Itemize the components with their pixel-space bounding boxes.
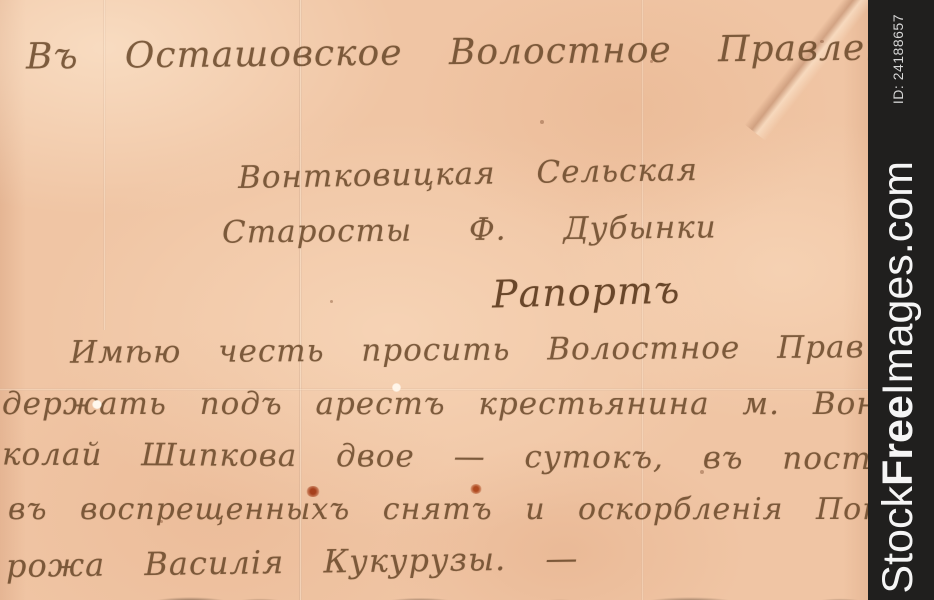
ink-stain <box>470 484 482 494</box>
paper-hole <box>392 383 401 392</box>
stock-photo-old-letter: Въ Осташовское Волостное Правлен Вонтков… <box>0 0 934 600</box>
paper-speck <box>540 120 544 124</box>
watermark-site-name: StockFreeImages.com <box>877 161 920 594</box>
paper-hole <box>92 400 102 409</box>
paper-speck <box>820 40 824 43</box>
watermark-site-rest: Images.com <box>874 161 922 395</box>
paper-speck <box>160 520 163 523</box>
letter-paper: Въ Осташовское Волостное Правлен Вонтков… <box>0 0 869 600</box>
handwritten-line: Имѣю честь просить Волостное Прав <box>70 329 865 371</box>
handwritten-line: колай Шипкова двое — сутокъ, въ постобыч <box>2 436 869 477</box>
torn-bottom-edge <box>0 588 869 600</box>
watermark-image-id: ID: 24188657 <box>890 14 906 104</box>
watermark-site-free: Free <box>874 396 922 487</box>
handwritten-line: въ воспрещенныхъ снятъ и оскорбленія Пок <box>8 492 869 527</box>
handwritten-line: Старосты Ф. Дубынки <box>222 209 717 250</box>
handwritten-heading: Рапортъ <box>491 268 680 317</box>
handwritten-line: Въ Осташовское Волостное Правлен <box>26 27 869 77</box>
watermark-site-stock: Stock <box>874 486 922 594</box>
paper-speck <box>650 60 653 63</box>
handwritten-line: рожа Василія Кукурузы. — <box>6 539 579 585</box>
watermark-sidebar: ID: 24188657 StockFreeImages.com <box>868 0 934 600</box>
paper-speck <box>330 300 333 303</box>
handwritten-line: держать подъ арестъ крестьянина м. Вонко… <box>2 386 869 422</box>
paper-speck <box>700 470 704 474</box>
handwritten-line: Вонтковицкая Сельская <box>238 152 699 196</box>
ink-stain <box>306 486 320 497</box>
